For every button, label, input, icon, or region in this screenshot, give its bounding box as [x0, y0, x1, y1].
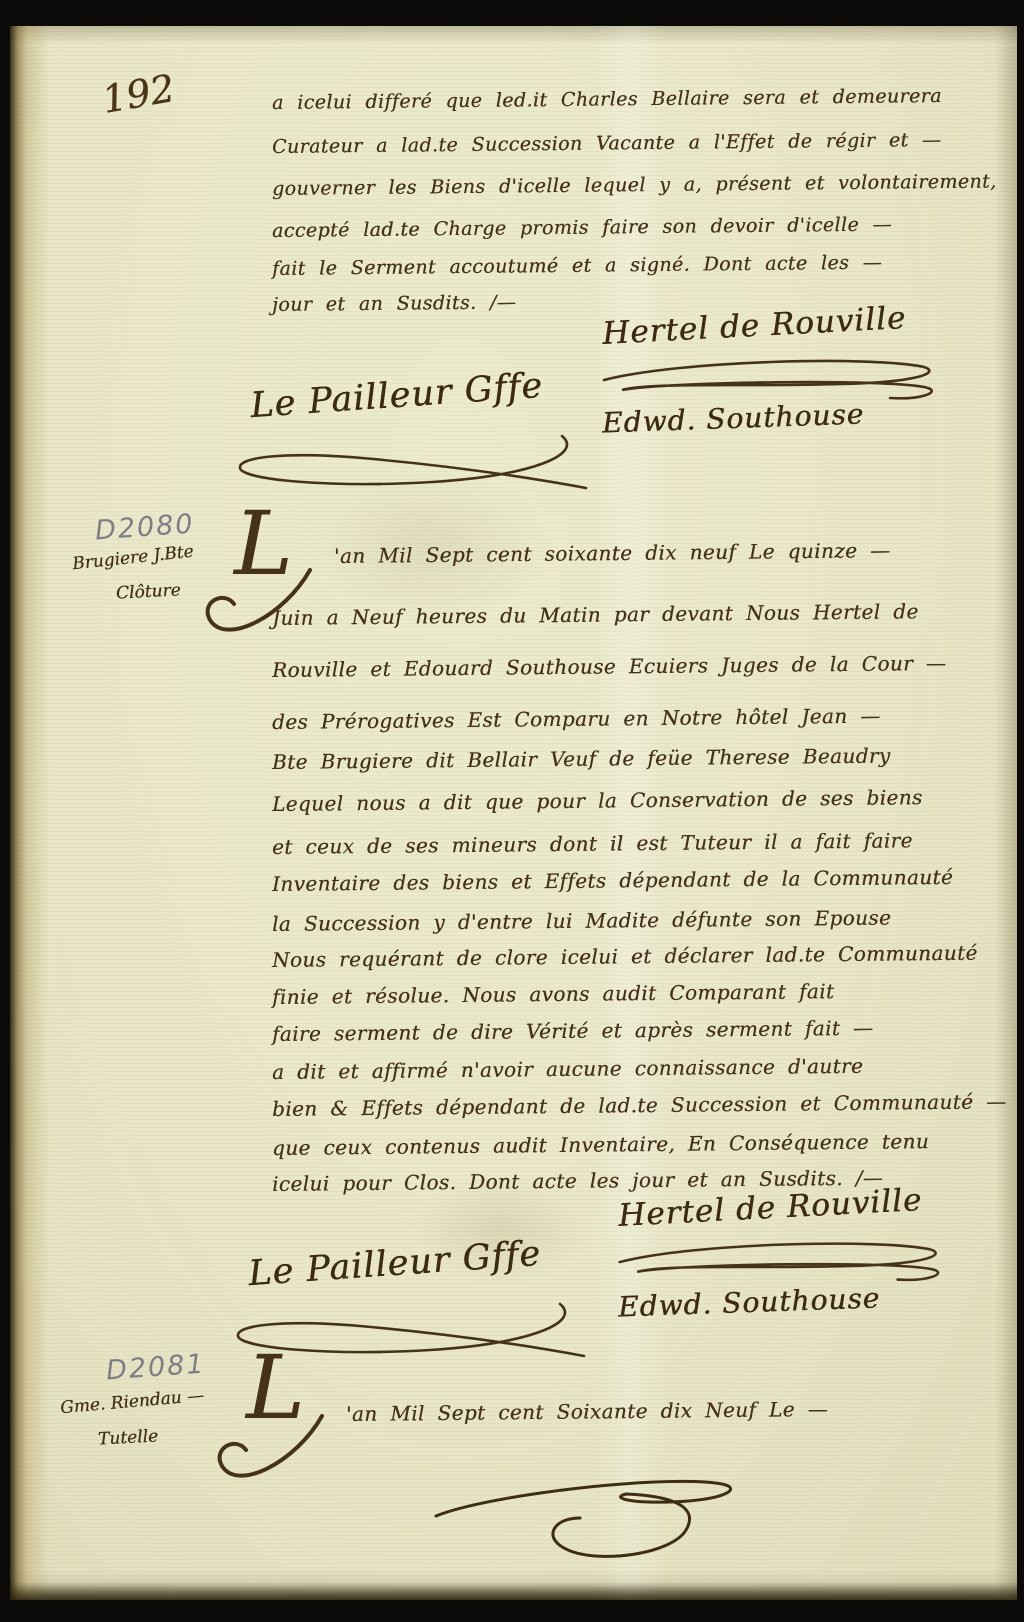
manuscript-line: Bte Brugiere dit Bellair Veuf de feüe Th…: [272, 744, 891, 774]
manuscript-line: bien & Effets dépendant de lad.te Succes…: [272, 1089, 1007, 1121]
signature-flourish-icon: [232, 430, 592, 492]
decorated-initial: L: [234, 500, 292, 588]
manuscript-line: jour et an Susdits. /—: [272, 291, 516, 316]
manuscript-line: finie et résolue. Nous avons audit Compa…: [272, 979, 835, 1009]
manuscript-paper: 192 a icelui differé que led.it Charles …: [10, 26, 1017, 1600]
archival-ref-pencil: D2080: [94, 509, 195, 547]
margin-type: Clôture: [116, 580, 182, 603]
scanned-manuscript-page: 192 a icelui differé que led.it Charles …: [0, 0, 1024, 1622]
manuscript-line: Rouville et Edouard Southouse Ecuiers Ju…: [272, 651, 946, 682]
signature-clerk: Le Pailleur Gffe: [249, 366, 544, 426]
manuscript-line: a dit et affirmé n'avoir aucune connaiss…: [272, 1054, 863, 1084]
manuscript-line: 'an Mil Sept cent Soixante dix Neuf Le —: [346, 1397, 828, 1426]
manuscript-line: que ceux contenus audit Inventaire, En C…: [272, 1129, 929, 1160]
signature-judge2: Edwd. Southouse: [602, 397, 865, 439]
manuscript-line: la Succession y d'entre lui Madite défun…: [272, 906, 891, 936]
archival-ref-pencil: D2081: [105, 1349, 206, 1387]
manuscript-line: a icelui differé que led.it Charles Bell…: [272, 85, 942, 114]
manuscript-line: faire serment de dire Vérité et après se…: [272, 1016, 874, 1046]
paraph-flourish-icon: [430, 1466, 750, 1584]
manuscript-line: Inventaire des biens et Effets dépendant…: [272, 865, 953, 896]
manuscript-line: Juin a Neuf heures du Matin par devant N…: [272, 599, 919, 630]
paper-bottom-shadow: [10, 1582, 1017, 1600]
manuscript-line: Lequel nous a dit que pour la Conservati…: [272, 785, 923, 816]
manuscript-line: des Prérogatives Est Comparu en Notre hô…: [272, 704, 881, 734]
manuscript-line: gouverner les Biens d'icelle lequel y a,…: [272, 170, 997, 200]
decorated-initial: L: [246, 1344, 304, 1432]
manuscript-line: Curateur a lad.te Succession Vacante a l…: [272, 129, 942, 158]
page-number: 192: [99, 66, 178, 122]
manuscript-line: fait le Serment accoutumé et a signé. Do…: [272, 252, 882, 280]
manuscript-line: et ceux de ses mineurs dont il est Tuteu…: [272, 828, 913, 859]
margin-name: Brugiere J.Bte: [71, 542, 194, 575]
margin-type: Tutelle: [98, 1426, 159, 1449]
manuscript-line: accepté lad.te Charge promis faire son d…: [272, 214, 892, 242]
signature-judge2: Edwd. Southouse: [618, 1281, 881, 1323]
manuscript-line: 'an Mil Sept cent soixante dix neuf Le q…: [334, 538, 891, 568]
signature-clerk: Le Pailleur Gffe: [247, 1234, 542, 1294]
manuscript-line: Nous requérant de clore icelui et déclar…: [272, 941, 978, 972]
signature-judge1: Hertel de Rouville: [601, 300, 907, 352]
margin-name: Gme. Riendau —: [59, 1386, 204, 1418]
